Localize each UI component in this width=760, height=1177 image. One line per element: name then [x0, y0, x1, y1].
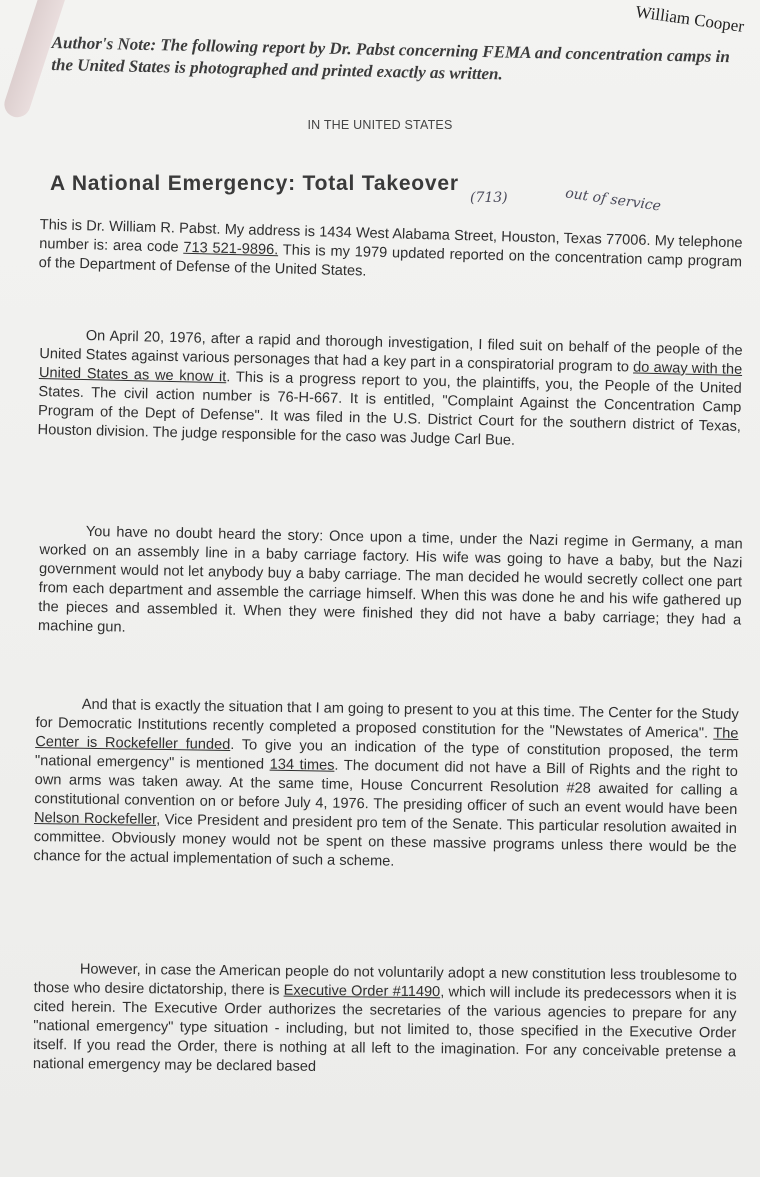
handwritten-area-code: (713) — [470, 190, 508, 206]
paragraph-indent — [36, 708, 82, 709]
paragraph-situation: And that is exactly the situation that I… — [33, 695, 739, 877]
authors-note: Author's Note: The following report by D… — [51, 32, 742, 90]
paragraph-intro: This is Dr. William R. Pabst. My address… — [39, 216, 743, 291]
paragraph-text: You have no doubt heard the story: Once … — [38, 524, 743, 636]
paragraph-lawsuit: On April 20, 1976, after a rapid and tho… — [37, 326, 742, 456]
header-author: William Cooper — [634, 2, 745, 37]
handwritten-annotation: out of service — [564, 185, 662, 214]
document-title: A National Emergency: Total Takeover — [50, 172, 459, 196]
kicker-heading: IN THE UNITED STATES — [0, 118, 760, 132]
paragraph-indent — [40, 535, 86, 536]
underlined-text: Nelson Rockefeller — [34, 810, 156, 828]
paragraph-story: You have no doubt heard the story: Once … — [38, 522, 743, 649]
document-page: William Cooper Author's Note: The follow… — [0, 0, 760, 1177]
paragraph-executive-order: However, in case the American people do … — [33, 960, 737, 1081]
underlined-text: 134 times — [270, 757, 335, 774]
underlined-text: Executive Order #11490 — [284, 983, 441, 1001]
underlined-text: 713 521-9896. — [183, 240, 278, 258]
paragraph-indent — [40, 339, 86, 340]
